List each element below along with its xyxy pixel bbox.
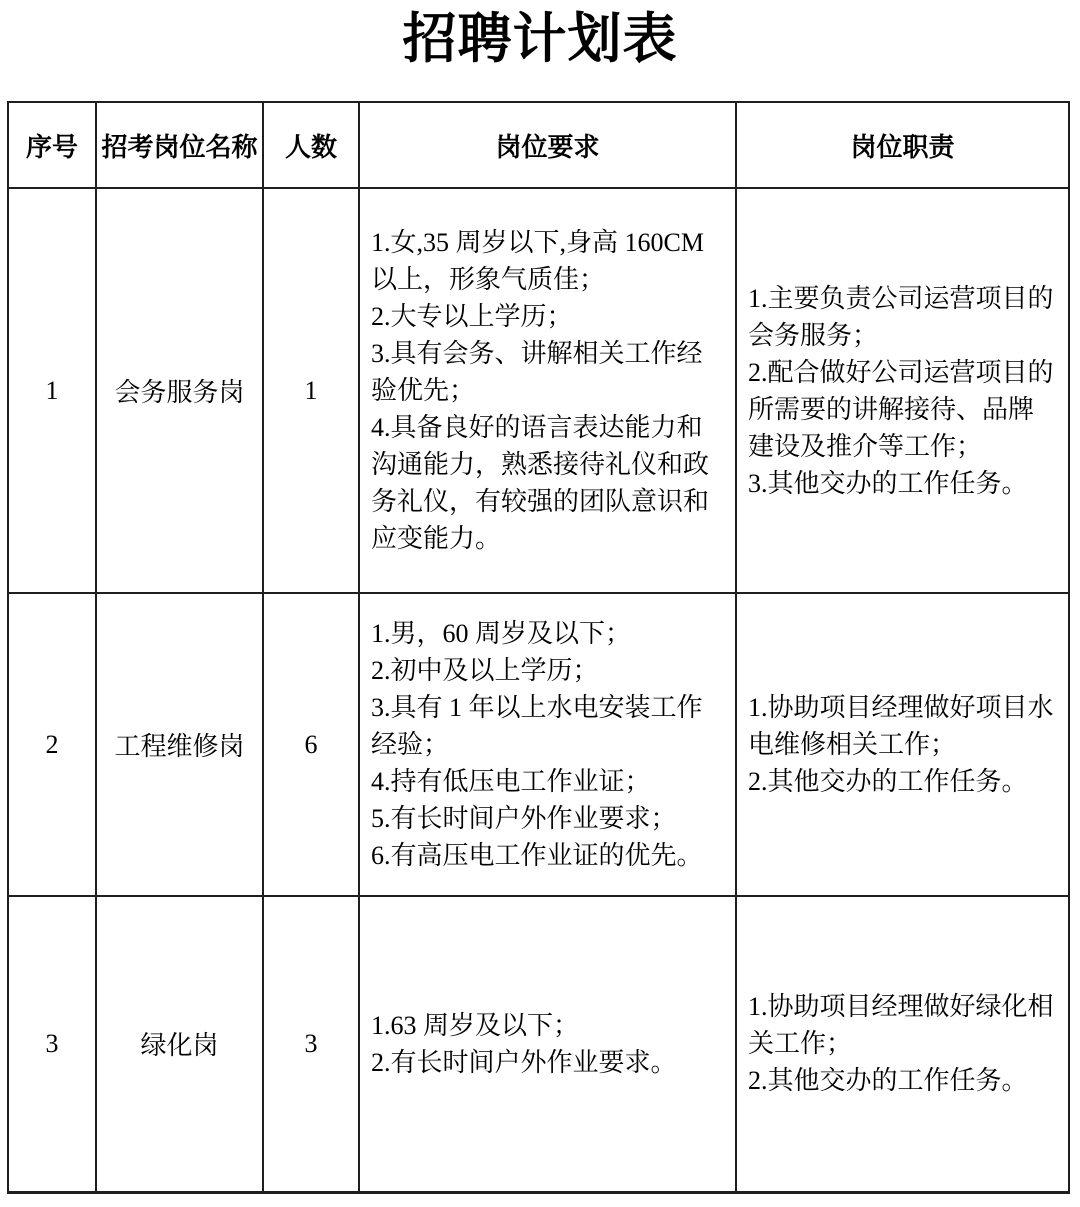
cell-duties: 1.协助项目经理做好绿化相关工作； 2.其他交办的工作任务。 — [736, 896, 1069, 1192]
header-index: 序号 — [8, 102, 96, 188]
cell-count: 3 — [263, 896, 359, 1192]
cell-requirements: 1.63 周岁及以下； 2.有长时间户外作业要求。 — [359, 896, 736, 1192]
cell-index: 2 — [8, 593, 96, 896]
cell-count: 6 — [263, 593, 359, 896]
cell-requirements: 1.女,35 周岁以下,身高 160CM 以上，形象气质佳； 2.大专以上学历；… — [359, 188, 736, 593]
cell-position: 工程维修岗 — [96, 593, 263, 896]
cell-index: 3 — [8, 896, 96, 1192]
table-row: 3 绿化岗 3 1.63 周岁及以下； 2.有长时间户外作业要求。 1.协助项目… — [8, 896, 1069, 1192]
header-count: 人数 — [263, 102, 359, 188]
header-position: 招考岗位名称 — [96, 102, 263, 188]
header-duties: 岗位职责 — [736, 102, 1069, 188]
cell-duties: 1.协助项目经理做好项目水电维修相关工作； 2.其他交办的工作任务。 — [736, 593, 1069, 896]
page-title: 招聘计划表 — [0, 0, 1080, 101]
cell-position: 绿化岗 — [96, 896, 263, 1192]
header-requirements: 岗位要求 — [359, 102, 736, 188]
cell-requirements: 1.男，60 周岁及以下； 2.初中及以上学历； 3.具有 1 年以上水电安装工… — [359, 593, 736, 896]
recruitment-plan-table: 序号 招考岗位名称 人数 岗位要求 岗位职责 1 会务服务岗 1 1.女,35 … — [7, 101, 1070, 1194]
table-header-row: 序号 招考岗位名称 人数 岗位要求 岗位职责 — [8, 102, 1069, 188]
table-row: 1 会务服务岗 1 1.女,35 周岁以下,身高 160CM 以上，形象气质佳；… — [8, 188, 1069, 593]
recruitment-plan-document: 招聘计划表 序号 招考岗位名称 人数 岗位要求 岗位职责 1 会务服务岗 1 1… — [0, 0, 1080, 1207]
cell-duties: 1.主要负责公司运营项目的会务服务； 2.配合做好公司运营项目的所需要的讲解接待… — [736, 188, 1069, 593]
cell-position: 会务服务岗 — [96, 188, 263, 593]
cell-index: 1 — [8, 188, 96, 593]
cell-count: 1 — [263, 188, 359, 593]
table-row: 2 工程维修岗 6 1.男，60 周岁及以下； 2.初中及以上学历； 3.具有 … — [8, 593, 1069, 896]
